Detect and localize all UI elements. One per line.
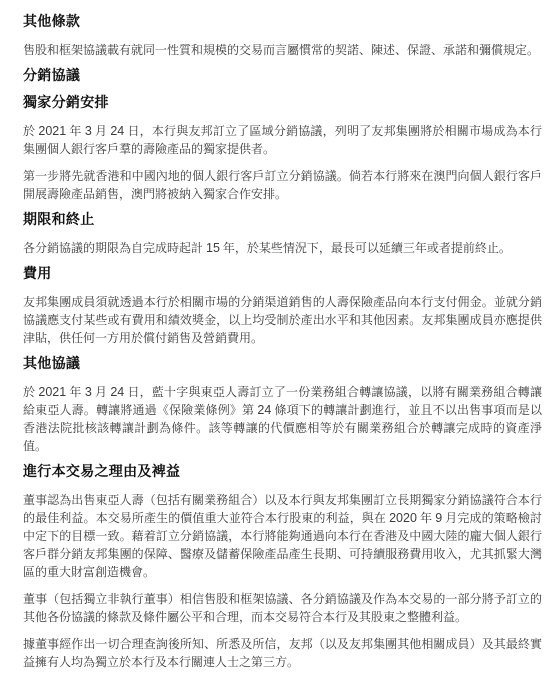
heading-fees: 費用 [23,266,542,284]
heading-other-agreements: 其他協議 [23,356,542,374]
paragraph-term-and-termination: 各分銷協議的期限為自完成時起計 15 年，於某些情況下，最長可以延續三年或者提前… [23,239,542,257]
numeral: 2021 [38,124,66,138]
document-page: 其他條款 售股和框架協議載有就同一性質和規模的交易而言屬慣常的契諾、陳述、保證、… [0,0,550,680]
paragraph-reasons-and-benefits-2: 董事（包括獨立非執行董事）相信售股和框架協議、各分銷協議及作為本交易的一部分將予… [23,590,542,626]
paragraph-other-agreements: 於 2021 年 3 月 24 日，藍十字與東亞人壽訂立了一份業務組合轉讓協議，… [23,383,542,455]
heading-other-terms: 其他條款 [23,14,542,32]
numeral: 2020 [389,511,417,525]
heading-distribution-agreements: 分銷協議 [23,68,542,86]
heading-term-and-termination: 期限和終止 [23,212,542,230]
numeral: 15 [206,241,220,255]
numeral: 9 [435,511,442,525]
paragraph-exclusive-arrangement-2: 第一步將先就香港和中國內地的個人銀行客戶訂立分銷協議。倘若本行將來在澳門向個人銀… [23,167,542,203]
paragraph-reasons-and-benefits-1: 董事認為出售東亞人壽（包括有關業務組合）以及本行與友邦集團訂立長期獨家分銷協議符… [23,491,542,581]
numeral: 24 [110,124,124,138]
numeral: 2021 [38,385,66,399]
numeral: 24 [110,385,124,399]
paragraph-reasons-and-benefits-3: 據董事經作出一切合理查詢後所知、所悉及所信，友邦（以及友邦集團其他相關成員）及其… [23,635,542,671]
paragraph-exclusive-arrangement-1: 於 2021 年 3 月 24 日，本行與友邦訂立了區域分銷協議，列明了友邦集團… [23,122,542,158]
numeral: 3 [85,124,92,138]
heading-reasons-and-benefits: 進行本交易之理由及裨益 [23,464,542,482]
paragraph-other-terms: 售股和框架協議載有就同一性質和規模的交易而言屬慣常的契諾、陳述、保證、承諾和彌償… [23,41,542,59]
numeral: 3 [85,385,92,399]
numeral: 24 [257,403,271,417]
paragraph-fees: 友邦集團成員須就透過本行於相關市場的分銷渠道銷售的人壽保險產品向本行支付佣金。並… [23,293,542,347]
heading-exclusive-distribution-arrangement: 獨家分銷安排 [23,95,542,113]
